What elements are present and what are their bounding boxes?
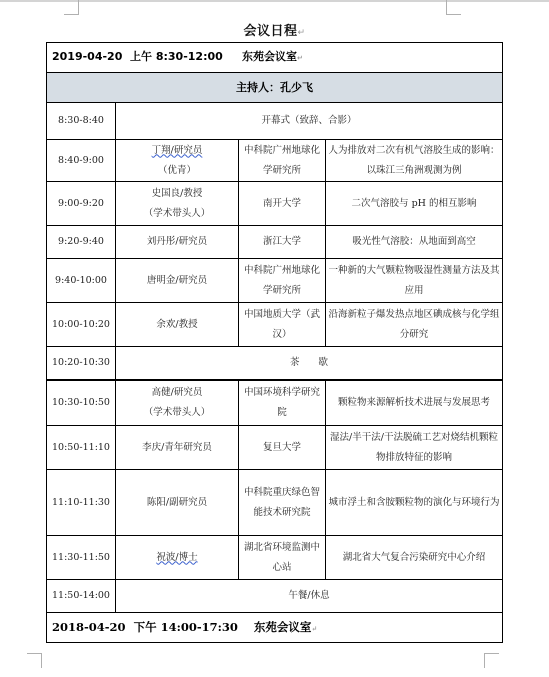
event-cell[interactable]: 茶 歇 bbox=[116, 347, 503, 380]
table-row[interactable]: 10:00-10:20 余欢/教授 中国地质大学（武汉） 沿海新粒子爆发热点地区… bbox=[47, 303, 503, 347]
table-row[interactable]: 10:50-11:10 李庆/青年研究员 复旦大学 湿法/半干法/干法脱硫工艺对… bbox=[47, 426, 503, 470]
institution-cell[interactable]: 中科院广州地球化学研究所 bbox=[239, 140, 326, 182]
speaker-cell[interactable]: 史国良/教授（学术带头人） bbox=[116, 182, 239, 226]
speaker-cell[interactable]: 余欢/教授 bbox=[116, 303, 239, 347]
speaker-name: 史国良/教授 bbox=[152, 188, 203, 199]
topic-cell[interactable]: 湿法/半干法/干法脱硫工艺对烧结机颗粒物排放特征的影响 bbox=[326, 426, 503, 470]
topic-cell[interactable]: 湖北省大气复合污染研究中心介绍 bbox=[326, 536, 503, 580]
time-cell[interactable]: 8:30-8:40 bbox=[47, 103, 116, 140]
time-cell[interactable]: 10:20-10:30 bbox=[47, 347, 116, 380]
speaker-cell[interactable]: 高健/研究员（学术带头人） bbox=[116, 380, 239, 426]
morning-session-label: 2019-04-20 上午 8:30-12:00 东苑会议室 bbox=[52, 50, 297, 63]
paragraph-mark: ↵ bbox=[297, 54, 303, 62]
institution-cell[interactable]: 中国地质大学（武汉） bbox=[239, 303, 326, 347]
time-cell[interactable]: 11:10-11:30 bbox=[47, 470, 116, 536]
speaker-note: （学术带头人） bbox=[144, 407, 211, 418]
time-cell[interactable]: 10:50-11:10 bbox=[47, 426, 116, 470]
margin-corner-top-left bbox=[64, 0, 79, 15]
time-cell[interactable]: 11:30-11:50 bbox=[47, 536, 116, 580]
topic-cell[interactable]: 一种新的大气颗粒物吸湿性测量方法及其应用 bbox=[326, 259, 503, 303]
speaker-cell[interactable]: 唐明金/研究员 bbox=[116, 259, 239, 303]
document-title-text[interactable]: 会议日程 bbox=[243, 24, 297, 39]
topic-cell[interactable]: 二次气溶胶与 pH 的相互影响 bbox=[326, 182, 503, 226]
table-row[interactable]: 11:10-11:30 陈阳/副研究员 中科院重庆绿色智能技术研究院 城市浮土和… bbox=[47, 470, 503, 536]
time-cell[interactable]: 9:40-10:00 bbox=[47, 259, 116, 303]
margin-corner-bottom-left bbox=[27, 653, 42, 668]
institution-cell[interactable]: 中科院重庆绿色智能技术研究院 bbox=[239, 470, 326, 536]
speaker-note: （学术带头人） bbox=[144, 208, 211, 219]
schedule-table[interactable]: 2019-04-20 上午 8:30-12:00 东苑会议室↵ 主持人：孔少飞 … bbox=[46, 42, 503, 643]
institution-cell[interactable]: 湖北省环境监测中心站 bbox=[239, 536, 326, 580]
document-title[interactable]: 会议日程↵ bbox=[0, 20, 549, 39]
host-row[interactable]: 主持人：孔少飞 bbox=[47, 73, 503, 103]
margin-corner-bottom-right bbox=[484, 653, 499, 668]
table-row[interactable]: 9:40-10:00 唐明金/研究员 中科院广州地球化学研究所 一种新的大气颗粒… bbox=[47, 259, 503, 303]
institution-cell[interactable]: 中科院广州地球化学研究所 bbox=[239, 259, 326, 303]
time-cell[interactable]: 10:00-10:20 bbox=[47, 303, 116, 347]
time-cell[interactable]: 9:00-9:20 bbox=[47, 182, 116, 226]
paragraph-mark: ↵ bbox=[297, 28, 305, 38]
time-cell[interactable]: 8:40-9:00 bbox=[47, 140, 116, 182]
event-cell[interactable]: 午餐/休息 bbox=[116, 580, 503, 613]
table-row[interactable]: 9:20-9:40 刘丹彤/研究员 浙江大学 吸光性气溶胶：从地面到高空 bbox=[47, 226, 503, 259]
topic-cell[interactable]: 颗粒物来源解析技术进展与发展思考 bbox=[326, 380, 503, 426]
table-row[interactable]: 10:20-10:30 茶 歇 bbox=[47, 347, 503, 380]
event-cell[interactable]: 开幕式（致辞、合影） bbox=[116, 103, 503, 140]
speaker-cell[interactable]: 丁翔/研究员（优青） bbox=[116, 140, 239, 182]
afternoon-session-cell[interactable]: 2018-04-20 下午 14:00-17:30 东苑会议室↵ bbox=[47, 613, 503, 643]
table-row[interactable]: 8:40-9:00 丁翔/研究员（优青） 中科院广州地球化学研究所 人为排放对二… bbox=[47, 140, 503, 182]
topic-cell[interactable]: 人为排放对二次有机气溶胶生成的影响：以珠江三角洲观测为例 bbox=[326, 140, 503, 182]
table-row[interactable]: 10:30-10:50 高健/研究员（学术带头人） 中国环境科学研究院 颗粒物来… bbox=[47, 380, 503, 426]
speaker-cell[interactable]: 陈阳/副研究员 bbox=[116, 470, 239, 536]
morning-session-cell[interactable]: 2019-04-20 上午 8:30-12:00 东苑会议室↵ bbox=[47, 43, 503, 73]
speaker-name: 祝波/博士 bbox=[156, 552, 197, 563]
afternoon-session-header[interactable]: 2018-04-20 下午 14:00-17:30 东苑会议室↵ bbox=[47, 613, 503, 643]
morning-session-header[interactable]: 2019-04-20 上午 8:30-12:00 东苑会议室↵ bbox=[47, 43, 503, 73]
topic-cell[interactable]: 城市浮土和含胺颗粒物的演化与环境行为 bbox=[326, 470, 503, 536]
speaker-cell[interactable]: 李庆/青年研究员 bbox=[116, 426, 239, 470]
paragraph-mark: ↵ bbox=[311, 624, 317, 633]
institution-cell[interactable]: 南开大学 bbox=[239, 182, 326, 226]
institution-cell[interactable]: 复旦大学 bbox=[239, 426, 326, 470]
speaker-cell[interactable]: 刘丹彤/研究员 bbox=[116, 226, 239, 259]
topic-cell[interactable]: 沿海新粒子爆发热点地区碘成核与化学组分研究 bbox=[326, 303, 503, 347]
speaker-cell[interactable]: 祝波/博士 bbox=[116, 536, 239, 580]
time-cell[interactable]: 10:30-10:50 bbox=[47, 380, 116, 426]
host-cell[interactable]: 主持人：孔少飞 bbox=[47, 73, 503, 103]
afternoon-session-label: 2018-04-20 下午 14:00-17:30 东苑会议室 bbox=[52, 620, 311, 634]
speaker-name: 高健/研究员 bbox=[152, 387, 203, 398]
table-row[interactable]: 8:30-8:40 开幕式（致辞、合影） bbox=[47, 103, 503, 140]
table-row[interactable]: 9:00-9:20 史国良/教授（学术带头人） 南开大学 二次气溶胶与 pH 的… bbox=[47, 182, 503, 226]
margin-corner-top-right bbox=[446, 0, 461, 15]
host-label: 主持人：孔少飞 bbox=[236, 81, 313, 94]
page-top-edge bbox=[0, 0, 549, 2]
time-cell[interactable]: 11:50-14:00 bbox=[47, 580, 116, 613]
speaker-note: （优青） bbox=[158, 165, 196, 176]
table-row[interactable]: 11:50-14:00 午餐/休息 bbox=[47, 580, 503, 613]
time-cell[interactable]: 9:20-9:40 bbox=[47, 226, 116, 259]
table-row[interactable]: 11:30-11:50 祝波/博士 湖北省环境监测中心站 湖北省大气复合污染研究… bbox=[47, 536, 503, 580]
institution-cell[interactable]: 中国环境科学研究院 bbox=[239, 380, 326, 426]
institution-cell[interactable]: 浙江大学 bbox=[239, 226, 326, 259]
topic-cell[interactable]: 吸光性气溶胶：从地面到高空 bbox=[326, 226, 503, 259]
speaker-name: 丁翔/研究员 bbox=[152, 145, 203, 156]
